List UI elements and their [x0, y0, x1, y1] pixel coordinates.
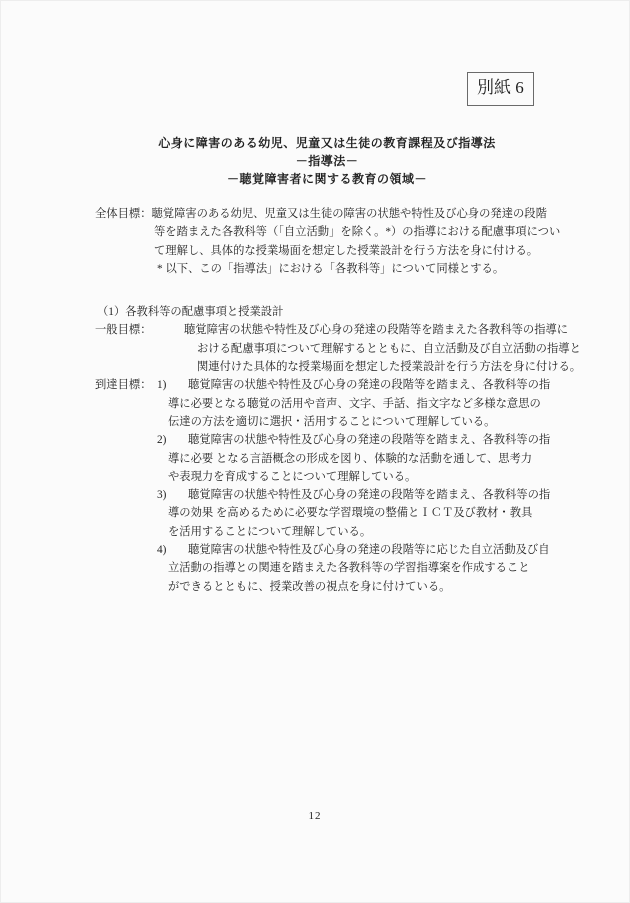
goal-item-number: 3)	[157, 486, 166, 504]
text-line: 聴覚障害の状態や特性及び心身の発達の段階等を踏まえた各教科等の指導に	[184, 321, 568, 339]
attainment-goals-label: 到達目標：	[95, 376, 152, 394]
title-line-1: 心身に障害のある幼児、児童又は生徒の教育課程及び指導法	[24, 134, 630, 152]
attainment-goal-line: 2) 聴覚障害の状態や特性及び心身の発達の段階等を踏まえ、各教科等の指	[95, 431, 565, 449]
attainment-goal-line: や表現力を育成することについて理解している。	[95, 468, 565, 486]
general-goal-line: おける配慮事項について理解するとともに、自立活動及び自立活動の指導と	[95, 340, 565, 358]
text-line: 立活動の指導との関連を踏まえた各教科等の学習指導案を作成すること	[168, 559, 530, 577]
text-line: 聴覚障害の状態や特性及び心身の発達の段階等を踏まえ、各教科等の指	[188, 431, 550, 449]
goal-item-number: 2)	[157, 431, 166, 449]
overall-goal-line: 全体目標：聴覚障害のある幼児、児童又は生徒の障害の状態や特性及び心身の発達の段階	[95, 205, 565, 223]
page-number: 12	[0, 810, 630, 822]
attainment-goal-line: ができるとともに、授業改善の視点を身に付けている。	[95, 578, 565, 596]
general-goal-label: 一般目標：	[95, 321, 152, 339]
overall-goal-line: 等を踏まえた各教科等（「自立活動」を除く。*）の指導における配慮事項につい	[95, 223, 565, 241]
text-line: 導に必要となる聴覚の活用や音声、文字、手話、指文字など多様な意思の	[168, 395, 541, 413]
text-line: * 以下、この「指導法」における「各教科等」について同様とする。	[157, 260, 504, 278]
attainment-goal-line: 導の効果 を高めるために必要な学習環境の整備とＩＣＴ及び教材・教具	[95, 504, 565, 522]
attainment-goal-line: 3) 聴覚障害の状態や特性及び心身の発達の段階等を踏まえ、各教科等の指	[95, 486, 565, 504]
document-page: { "attachment": { "label": "別紙 6" }, "ti…	[0, 0, 630, 903]
section-heading: （1）各教科等の配慮事項と授業設計	[95, 303, 565, 321]
attainment-goal-line: 導に必要 となる言語概念の形成を図り、体験的な活動を通して、思考力	[95, 450, 565, 468]
overall-goal-line: て理解し、具体的な授業場面を想定した授業設計を行う方法を身に付ける。	[95, 242, 565, 260]
text-line: 全体目標：聴覚障害のある幼児、児童又は生徒の障害の状態や特性及び心身の発達の段階	[95, 205, 547, 223]
text-line: て理解し、具体的な授業場面を想定した授業設計を行う方法を身に付ける。	[154, 242, 538, 260]
goal-item-number: 4)	[157, 541, 166, 559]
doc-title: 心身に障害のある幼児、児童又は生徒の教育課程及び指導法 －指導法－ －聴覚障害者…	[24, 134, 630, 188]
text-line: や表現力を育成することについて理解している。	[168, 468, 416, 486]
text-line: 導に必要 となる言語概念の形成を図り、体験的な活動を通して、思考力	[168, 450, 532, 468]
section-heading-text: （1）各教科等の配慮事項と授業設計	[97, 303, 283, 321]
attainment-goal-line: 到達目標： 1) 聴覚障害の状態や特性及び心身の発達の段階等を踏まえ、各教科等の…	[95, 376, 565, 394]
goal-item-number: 1)	[157, 376, 166, 394]
text-line: 関連付けた具体的な授業場面を想定した授業設計を行う方法を身に付ける。	[197, 358, 581, 376]
text-line: 導の効果 を高めるために必要な学習環境の整備とＩＣＴ及び教材・教具	[168, 504, 532, 522]
attachment-box: 別紙 6	[467, 72, 534, 106]
general-goal-line: 関連付けた具体的な授業場面を想定した授業設計を行う方法を身に付ける。	[95, 358, 565, 376]
attachment-label: 別紙 6	[477, 78, 524, 97]
attainment-goal-line: を活用することについて理解している。	[95, 523, 565, 541]
text-line: 等を踏まえた各教科等（「自立活動」を除く。*）の指導における配慮事項につい	[154, 223, 560, 241]
document-body: 全体目標：聴覚障害のある幼児、児童又は生徒の障害の状態や特性及び心身の発達の段階…	[95, 205, 565, 596]
text-line: 聴覚障害の状態や特性及び心身の発達の段階等を踏まえ、各教科等の指	[188, 486, 550, 504]
general-goal-line: 一般目標： 聴覚障害の状態や特性及び心身の発達の段階等を踏まえた各教科等の指導に	[95, 321, 565, 339]
text-line: を活用することについて理解している。	[168, 523, 371, 541]
text-line: 聴覚障害の状態や特性及び心身の発達の段階等に応じた自立活動及び自	[188, 541, 550, 559]
text-line: 伝達の方法を適切に選択・活用することについて理解している。	[168, 413, 495, 431]
attainment-goal-line: 導に必要となる聴覚の活用や音声、文字、手話、指文字など多様な意思の	[95, 395, 565, 413]
attainment-goal-line: 4) 聴覚障害の状態や特性及び心身の発達の段階等に応じた自立活動及び自	[95, 541, 565, 559]
title-line-3: －聴覚障害者に関する教育の領域－	[24, 170, 630, 188]
attainment-goal-line: 立活動の指導との関連を踏まえた各教科等の学習指導案を作成すること	[95, 559, 565, 577]
section-gap	[95, 278, 565, 303]
title-line-2: －指導法－	[24, 152, 630, 170]
text-line: ができるとともに、授業改善の視点を身に付けている。	[168, 578, 450, 596]
text-line: 聴覚障害の状態や特性及び心身の発達の段階等を踏まえ、各教科等の指	[188, 376, 550, 394]
text-line: おける配慮事項について理解するとともに、自立活動及び自立活動の指導と	[197, 340, 581, 358]
overall-goal-footnote: * 以下、この「指導法」における「各教科等」について同様とする。	[95, 260, 565, 278]
attainment-goal-line: 伝達の方法を適切に選択・活用することについて理解している。	[95, 413, 565, 431]
